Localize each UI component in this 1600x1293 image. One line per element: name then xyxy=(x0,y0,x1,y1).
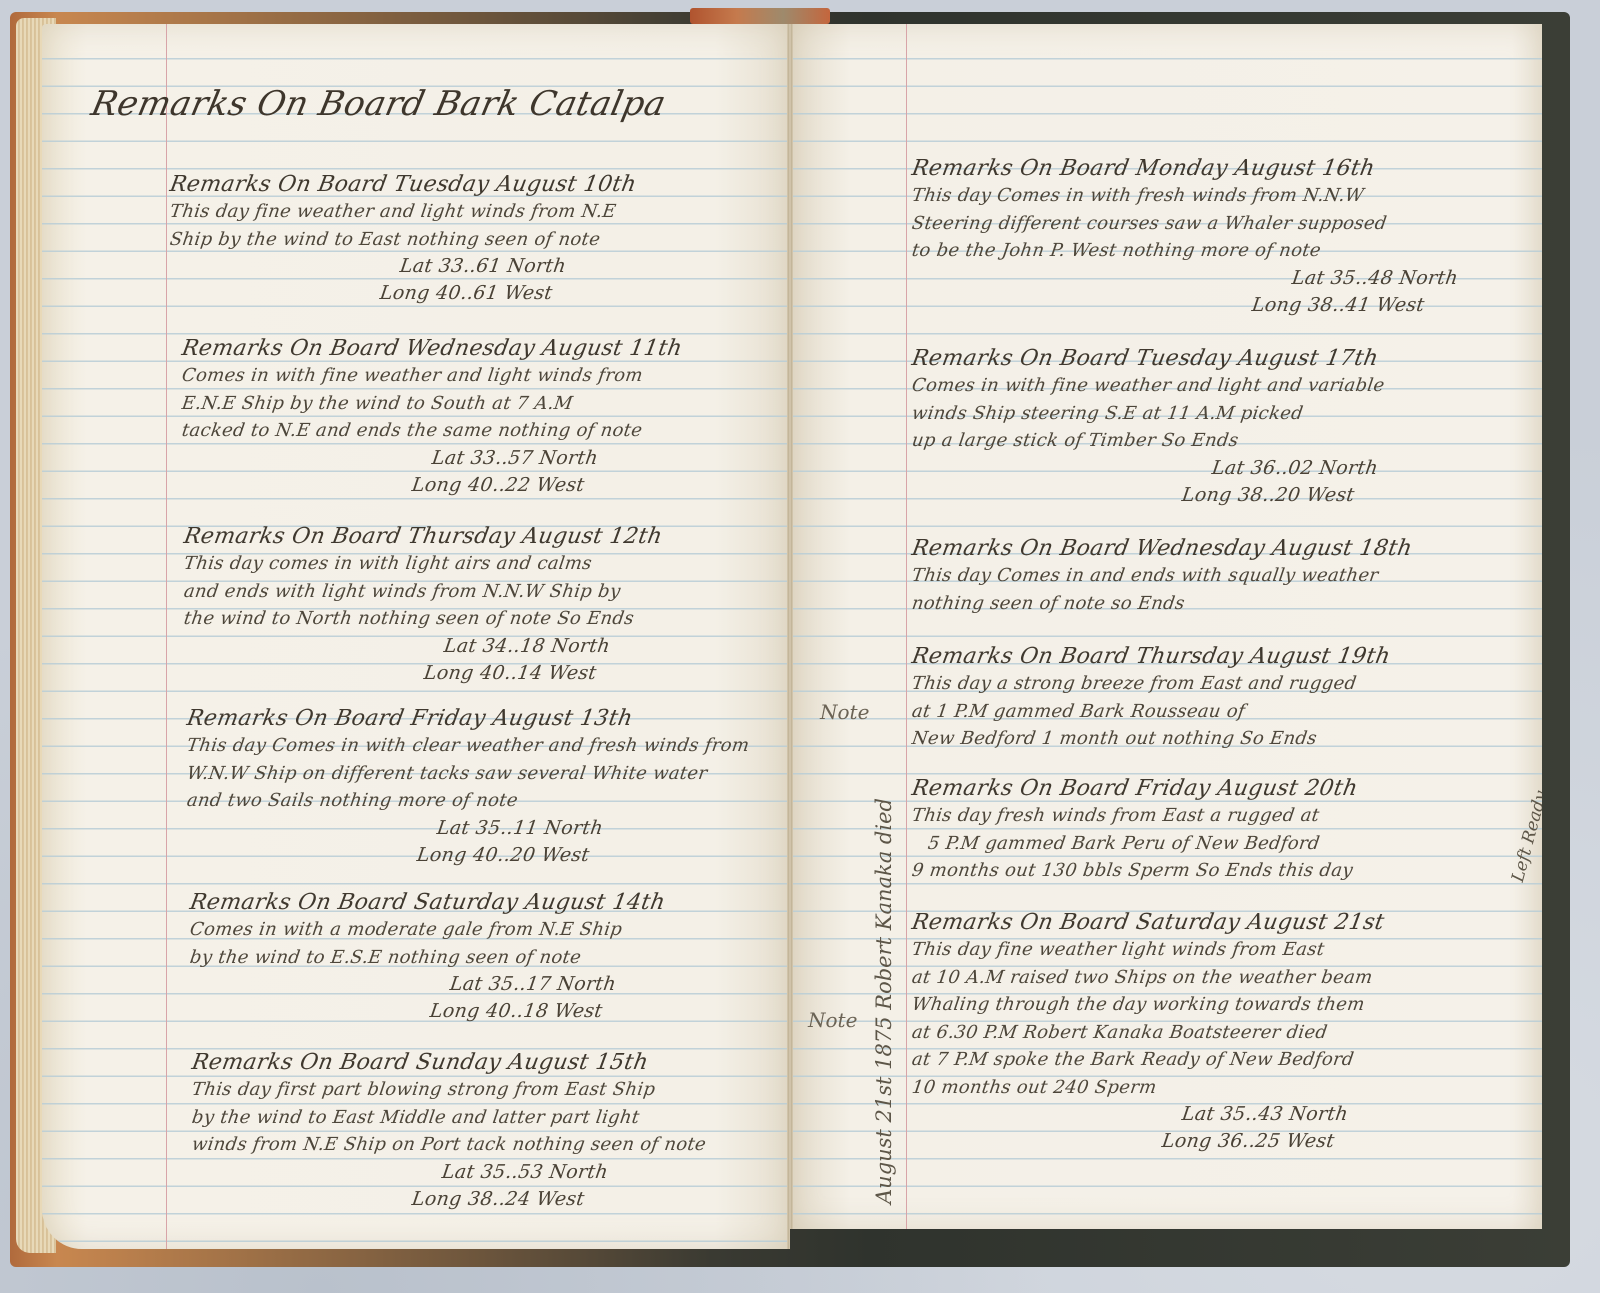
entry-line: Steering different courses saw a Whaler … xyxy=(910,210,1460,238)
entry-heading: Remarks On Board Saturday August 21st xyxy=(910,910,1387,936)
entry-line: the wind to North nothing seen of note S… xyxy=(182,605,664,633)
entry-heading: Remarks On Board Sunday August 15th xyxy=(190,1050,709,1076)
entry-line: W.N.W Ship on different tacks saw severa… xyxy=(185,760,751,788)
longitude: Long 40..61 West xyxy=(378,280,638,307)
gutter xyxy=(790,24,793,1229)
entry-heading: Remarks On Board Friday August 20th xyxy=(910,776,1360,802)
entry-line: This day comes in with light airs and ca… xyxy=(182,550,664,578)
log-entry: Remarks On Board Friday August 13th This… xyxy=(187,706,749,869)
log-entry: Remarks On Board Sunday August 15th This… xyxy=(192,1050,706,1213)
entry-heading: Remarks On Board Monday August 16th xyxy=(910,156,1461,182)
entry-line: Comes in with a moderate gale from N.E S… xyxy=(188,916,667,944)
margin-note: Note xyxy=(820,700,869,724)
entry-line: tacked to N.E and ends the same nothing … xyxy=(180,417,684,445)
latitude: Lat 35..17 North xyxy=(448,971,667,998)
entry-heading: Remarks On Board Thursday August 12th xyxy=(182,524,665,550)
vertical-margin-note: August 21st 1875 Robert Kanaka died xyxy=(872,798,896,1204)
entry-line: Comes in with fine weather and light win… xyxy=(180,362,684,390)
entry-line: winds Ship steering S.E at 11 A.M picked xyxy=(910,400,1386,428)
entry-line: at 7 P.M spoke the Bark Ready of New Bed… xyxy=(910,1046,1386,1074)
entry-line: This day a strong breeze from East and r… xyxy=(910,670,1392,698)
longitude: Long 40..22 West xyxy=(410,472,684,499)
entry-line: at 10 A.M raised two Ships on the weathe… xyxy=(910,964,1386,992)
latitude: Lat 33..61 North xyxy=(398,253,638,280)
right-page: Remarks On Board Monday August 16th This… xyxy=(790,24,1542,1229)
entry-line: Comes in with fine weather and light and… xyxy=(910,372,1386,400)
entry-heading: Remarks On Board Wednesday August 18th xyxy=(910,536,1414,562)
entry-line: Whaling through the day working towards … xyxy=(910,991,1386,1019)
margin-note: Note xyxy=(808,1008,857,1032)
entry-line: at 1 P.M gammed Bark Rousseau of xyxy=(910,698,1392,726)
longitude: Long 40..20 West xyxy=(415,842,751,869)
entry-line: E.N.E Ship by the wind to South at 7 A.M xyxy=(180,390,684,418)
entry-line: This day fine weather and light winds fr… xyxy=(168,198,638,226)
latitude: Lat 33..57 North xyxy=(430,445,684,472)
entry-line: 9 months out 130 bbls Sperm So Ends this… xyxy=(910,857,1359,885)
margin-line xyxy=(906,24,907,1229)
entry-line: This day fine weather light winds from E… xyxy=(910,936,1386,964)
longitude: Long 40..14 West xyxy=(422,660,664,687)
entry-line: up a large stick of Timber So Ends xyxy=(910,427,1386,455)
longitude: Long 38..20 West xyxy=(1180,482,1386,509)
entry-line: This day Comes in with fresh winds from … xyxy=(910,182,1460,210)
entry-line: This day Comes in and ends with squally … xyxy=(910,562,1414,590)
log-entry: Remarks On Board Thursday August 19th Th… xyxy=(912,644,1390,753)
log-entry: Remarks On Board Saturday August 14th Co… xyxy=(190,890,665,1025)
entry-heading: Remarks On Board Tuesday August 17th xyxy=(910,346,1387,372)
latitude: Lat 34..18 North xyxy=(442,633,664,660)
longitude: Long 38..24 West xyxy=(410,1186,708,1213)
page-title: Remarks On Board Bark Catalpa xyxy=(88,84,670,124)
latitude: Lat 36..02 North xyxy=(1210,455,1386,482)
latitude: Lat 35..53 North xyxy=(440,1159,708,1186)
entry-heading: Remarks On Board Friday August 13th xyxy=(185,706,752,732)
longitude: Long 36..25 West xyxy=(1160,1128,1386,1155)
log-entry: Remarks On Board Wednesday August 11th C… xyxy=(182,336,682,499)
entry-line: New Bedford 1 month out nothing So Ends xyxy=(910,725,1392,753)
entry-heading: Remarks On Board Thursday August 19th xyxy=(910,644,1393,670)
log-entry: Remarks On Board Tuesday August 17th Com… xyxy=(912,346,1384,509)
entry-line: and two Sails nothing more of note xyxy=(185,787,751,815)
latitude: Lat 35..43 North xyxy=(1180,1101,1386,1128)
left-page: Remarks On Board Bark Catalpa Remarks On… xyxy=(42,24,790,1249)
longitude: Long 38..41 West xyxy=(1250,292,1460,319)
entry-line: 10 months out 240 Sperm xyxy=(910,1074,1386,1102)
book-spine xyxy=(690,8,830,24)
log-entry: Remarks On Board Saturday August 21st Th… xyxy=(912,910,1384,1155)
log-entry: Remarks On Board Thursday August 12th Th… xyxy=(184,524,662,687)
entry-line: This day first part blowing strong from … xyxy=(190,1076,708,1104)
entry-line: This day fresh winds from East a rugged … xyxy=(910,802,1359,830)
entry-heading: Remarks On Board Tuesday August 10th xyxy=(168,172,639,198)
entry-line: to be the John P. West nothing more of n… xyxy=(910,237,1460,265)
longitude: Long 40..18 West xyxy=(428,998,667,1025)
log-entry: Remarks On Board Tuesday August 10th Thi… xyxy=(170,172,636,307)
entry-line: by the wind to East Middle and latter pa… xyxy=(190,1104,708,1132)
entry-heading: Remarks On Board Wednesday August 11th xyxy=(180,336,684,362)
log-entry: Remarks On Board Monday August 16th This… xyxy=(912,156,1458,319)
log-entry: Remarks On Board Friday August 20th This… xyxy=(912,776,1357,885)
entry-line: 5 P.M gammed Bark Peru of New Bedford xyxy=(926,830,1359,858)
entry-line: winds from N.E Ship on Port tack nothing… xyxy=(190,1131,708,1159)
margin-line xyxy=(166,24,167,1249)
entry-line: at 6.30 P.M Robert Kanaka Boatsteerer di… xyxy=(910,1019,1386,1047)
entry-line: nothing seen of note so Ends xyxy=(910,590,1414,618)
entry-heading: Remarks On Board Saturday August 14th xyxy=(188,890,667,916)
entry-line: This day Comes in with clear weather and… xyxy=(185,732,751,760)
entry-line: by the wind to E.S.E nothing seen of not… xyxy=(188,944,667,972)
latitude: Lat 35..11 North xyxy=(435,815,751,842)
log-entry: Remarks On Board Wednesday August 18th T… xyxy=(912,536,1412,617)
latitude: Lat 35..48 North xyxy=(1290,265,1460,292)
entry-line: Ship by the wind to East nothing seen of… xyxy=(168,226,638,254)
entry-line: and ends with light winds from N.N.W Shi… xyxy=(182,578,664,606)
